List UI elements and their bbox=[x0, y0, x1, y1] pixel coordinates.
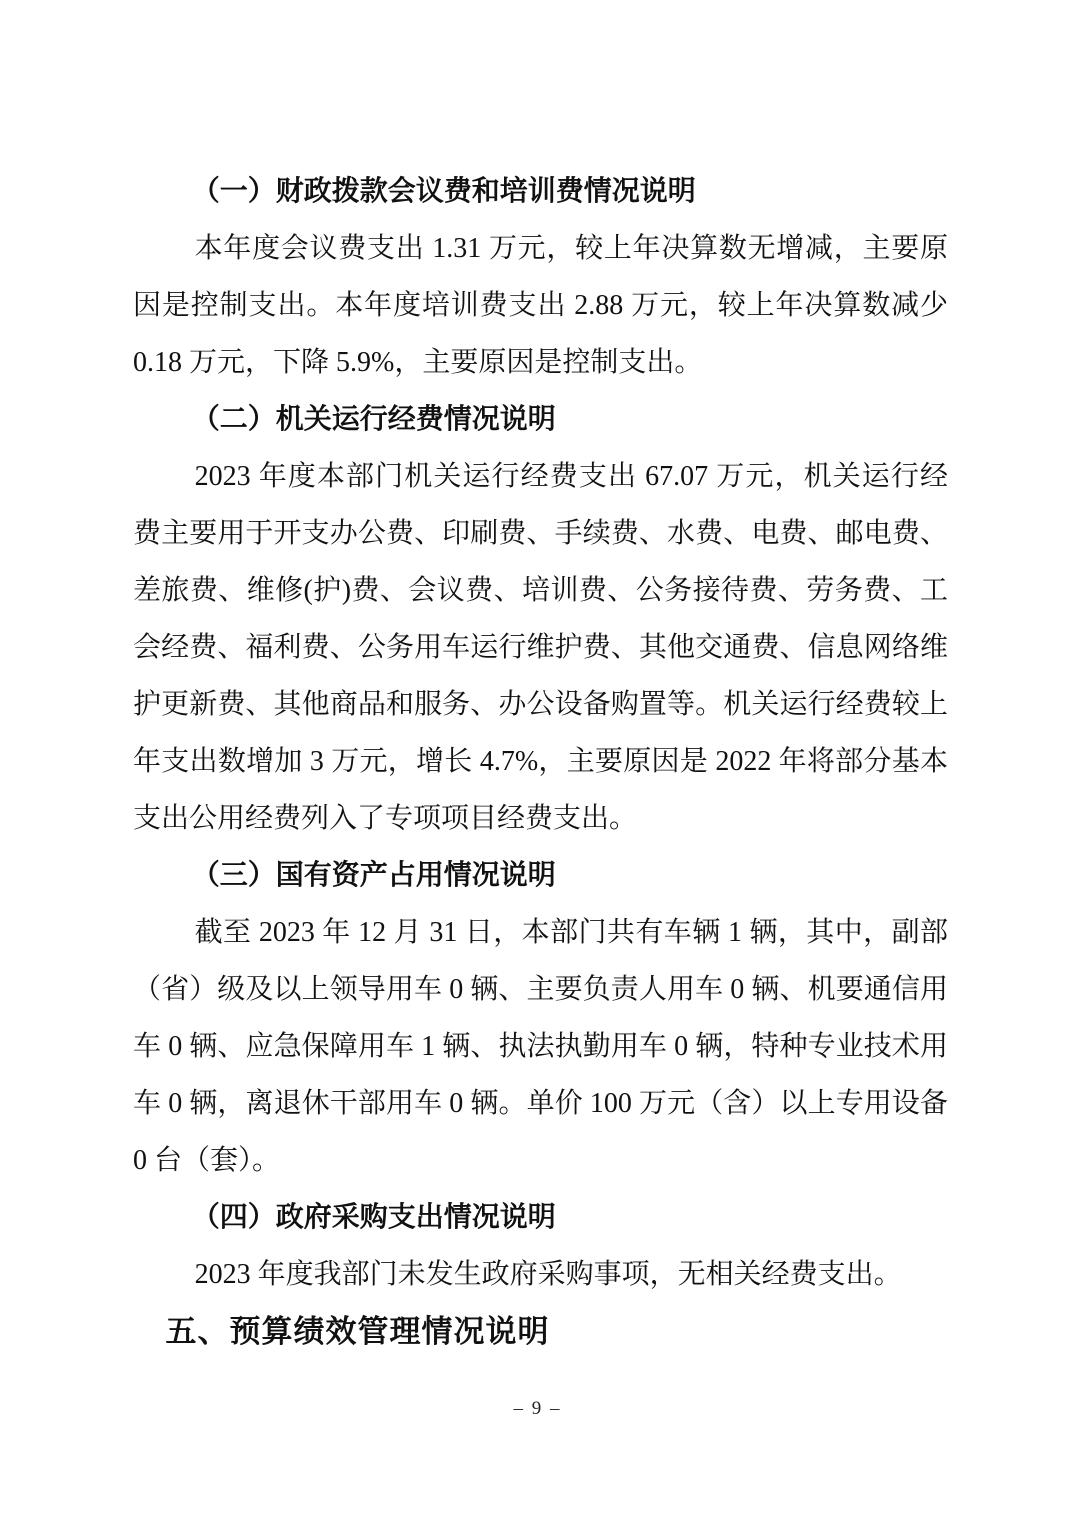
paragraph-agency-operating-expenses: 2023 年度本部门机关运行经费支出 67.07 万元，机关运行经费主要用于开支… bbox=[133, 448, 948, 847]
section-heading-meeting-training-fees: （一）财政拨款会议费和培训费情况说明 bbox=[133, 163, 948, 220]
paragraph-government-procurement: 2023 年度我部门未发生政府采购事项，无相关经费支出。 bbox=[133, 1246, 948, 1303]
paragraph-meeting-training-fees: 本年度会议费支出 1.31 万元，较上年决算数无增减，主要原因是控制支出。本年度… bbox=[133, 220, 948, 391]
page-number: – 9 – bbox=[514, 1398, 562, 1419]
paragraph-state-owned-assets: 截至 2023 年 12 月 31 日，本部门共有车辆 1 辆，其中，副部（省）… bbox=[133, 904, 948, 1189]
page-footer: – 9 – bbox=[0, 1398, 1075, 1420]
section-heading-government-procurement: （四）政府采购支出情况说明 bbox=[133, 1189, 948, 1246]
document-body: （一）财政拨款会议费和培训费情况说明 本年度会议费支出 1.31 万元，较上年决… bbox=[133, 163, 948, 1360]
chapter-heading-budget-performance: 五、预算绩效管理情况说明 bbox=[133, 1303, 948, 1360]
document-page: （一）财政拨款会议费和培训费情况说明 本年度会议费支出 1.31 万元，较上年决… bbox=[0, 0, 1075, 1520]
section-heading-agency-operating-expenses: （二）机关运行经费情况说明 bbox=[133, 391, 948, 448]
section-heading-state-owned-assets: （三）国有资产占用情况说明 bbox=[133, 847, 948, 904]
